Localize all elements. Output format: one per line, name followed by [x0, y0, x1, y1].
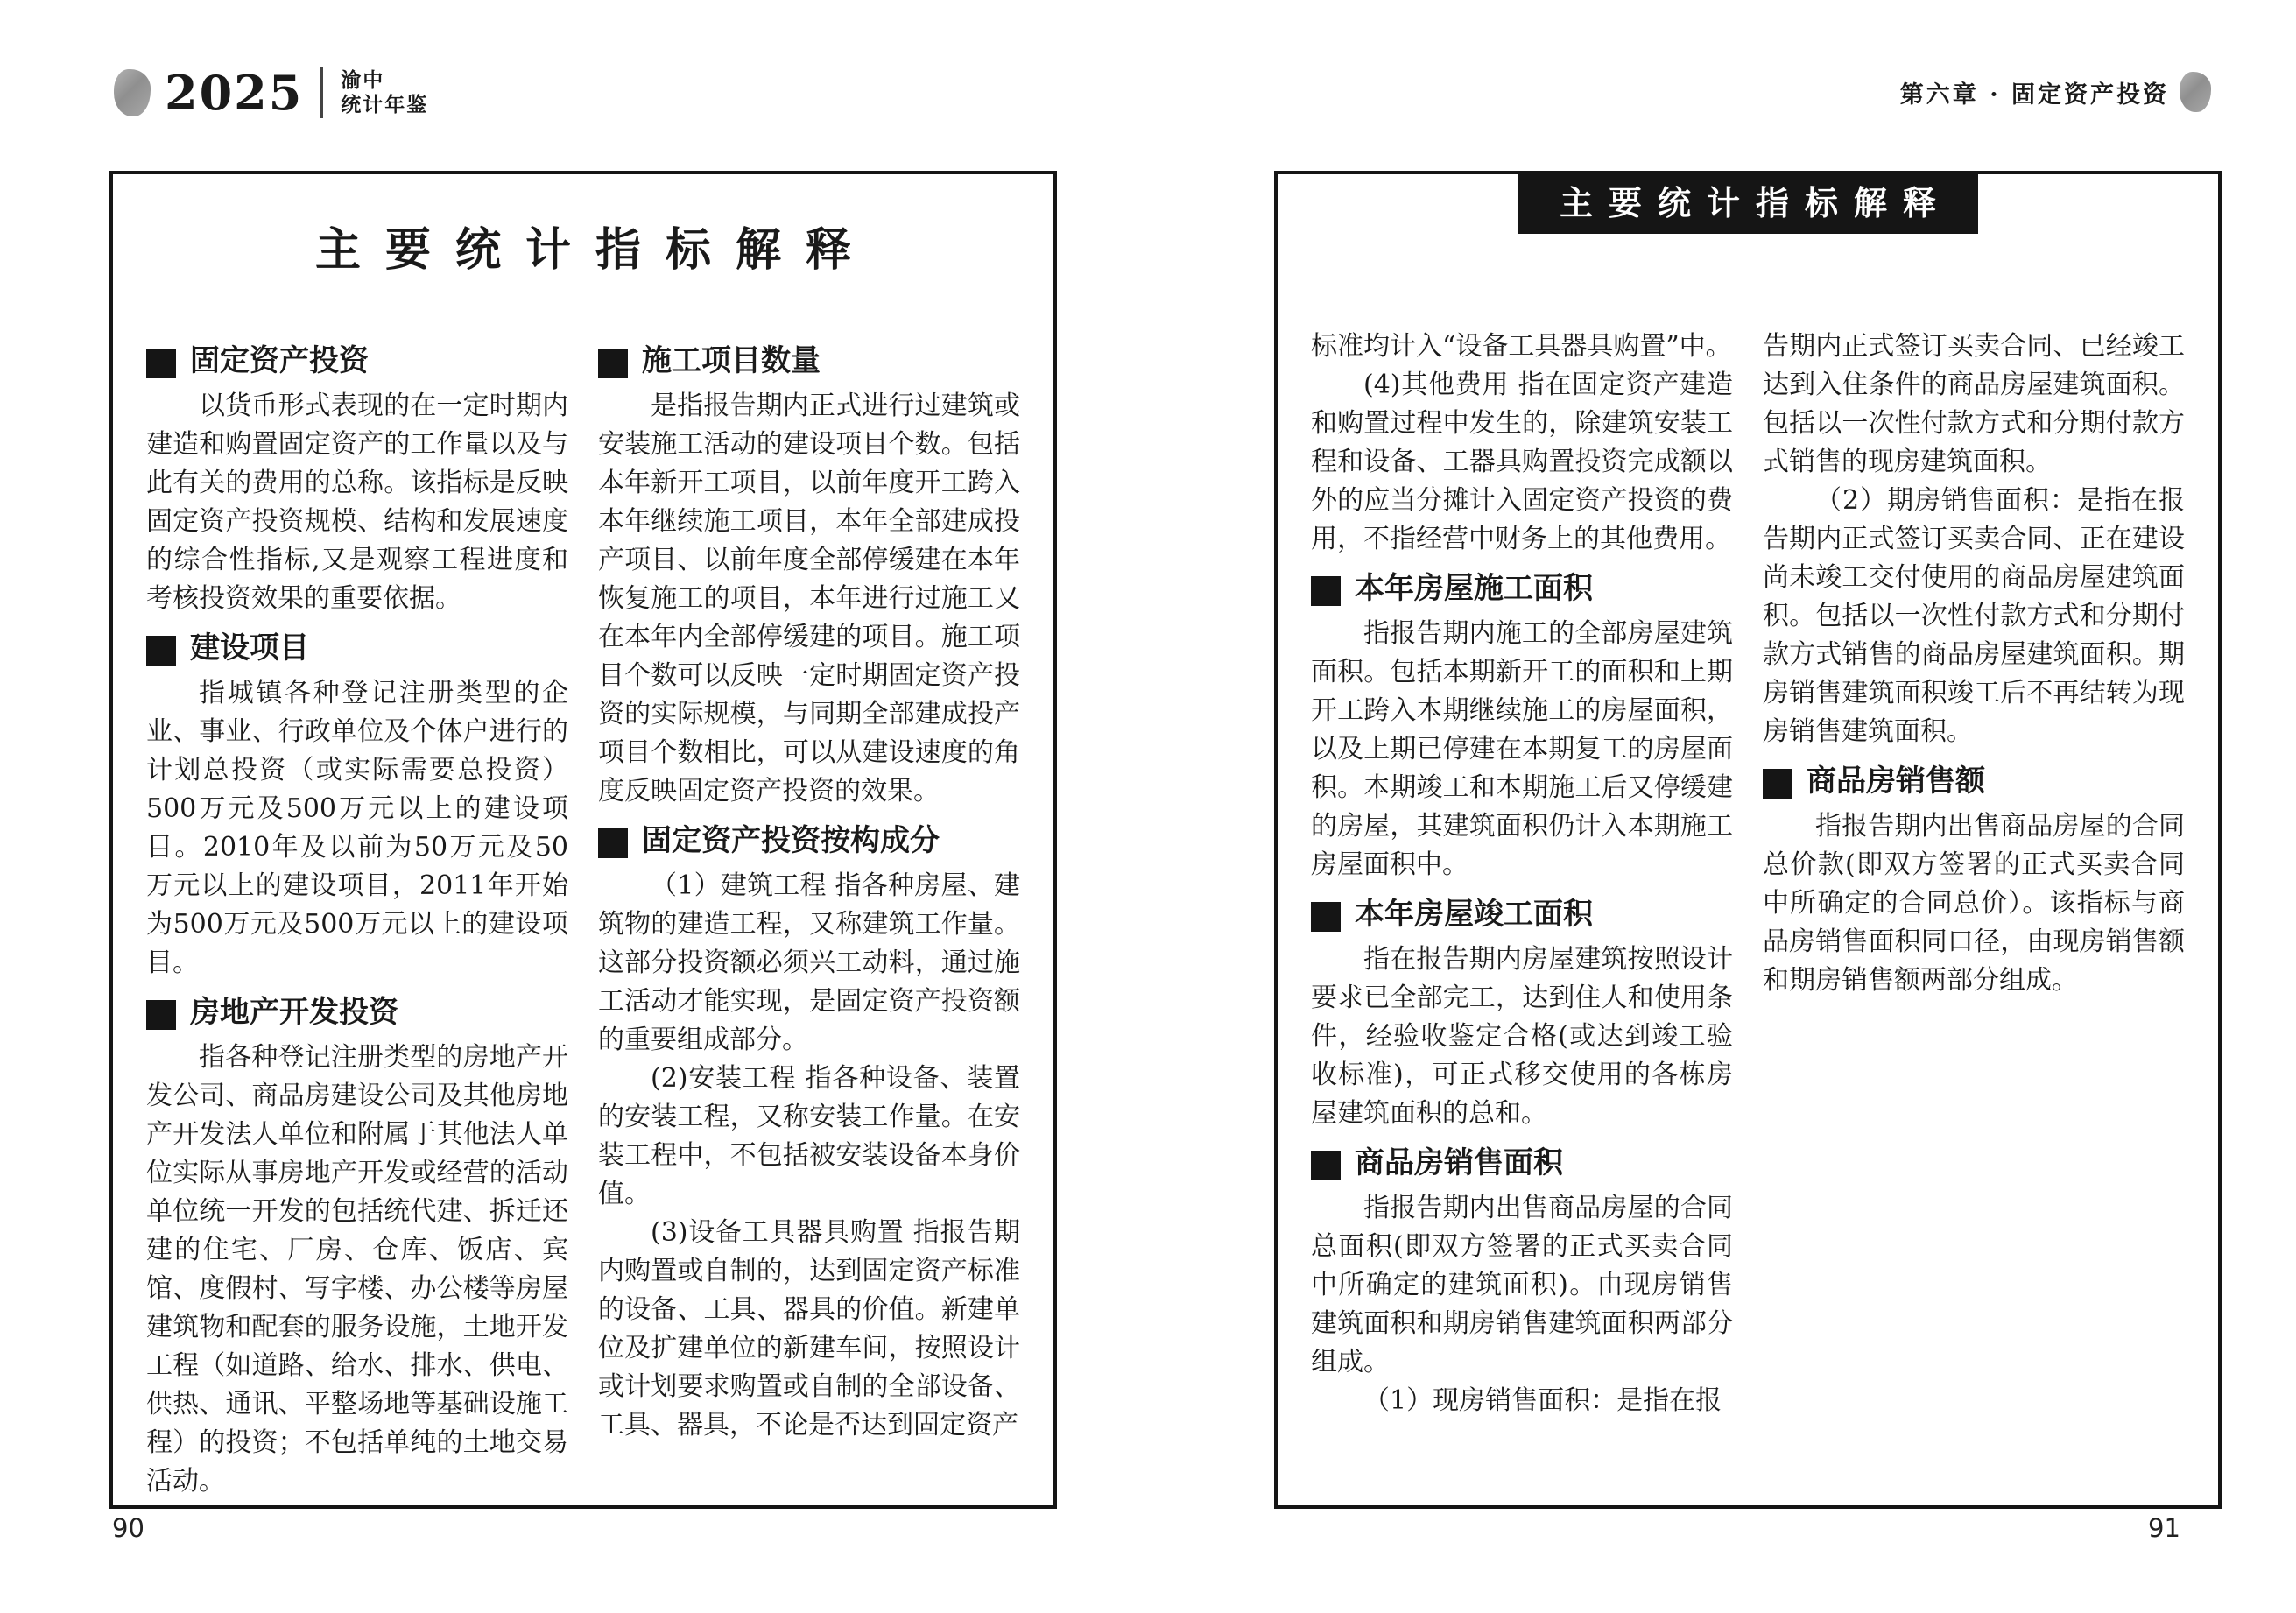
- section-heading: 施工项目数量: [598, 340, 1020, 382]
- seal-icon: [114, 69, 151, 116]
- chapter-title: 第六章 · 固定资产投资: [1900, 75, 2169, 109]
- section-heading-label: 建设项目: [190, 627, 309, 669]
- paragraph: （1）现房销售面积：是指在报: [1311, 1382, 1733, 1420]
- right-page-column-2: 告期内正式签订买卖合同、已经竣工达到入住条件的商品房屋建筑面积。包括以一次性付款…: [1763, 328, 2185, 1420]
- yearbook-title: 渝中 统计年鉴: [341, 68, 428, 117]
- right-page-columns: 标准均计入“设备工具器具购置”中。 (4)其他费用 指在固定资产建造和购置过程中…: [1278, 328, 2218, 1420]
- black-square-bullet: [146, 636, 176, 666]
- paragraph: （2）期房销售面积：是指在报告期内正式签订买卖合同、正在建设尚未竣工交付使用的商…: [1763, 482, 2185, 751]
- paragraph: （1）建筑工程 指各种房屋、建筑物的建造工程，又称建筑工作量。这部分投资额必须兴…: [598, 867, 1020, 1060]
- seal-icon: [2180, 72, 2211, 112]
- paragraph: 指各种登记注册类型的房地产开发公司、商品房建设公司及其他房地产开发法人单位和附属…: [146, 1039, 568, 1501]
- section-heading: 本年房屋施工面积: [1311, 567, 1733, 609]
- section-heading-label: 商品房销售面积: [1355, 1142, 1563, 1184]
- paragraph: 指报告期内出售商品房屋的合同总价款(即双方签署的正式买卖合同中所确定的合同总价）…: [1763, 807, 2185, 1000]
- section-heading-label: 房地产开发投资: [190, 991, 398, 1033]
- page-number-left: 90: [112, 1513, 144, 1543]
- left-page-column-2: 施工项目数量 是指报告期内正式进行过建筑或安装施工活动的建设项目个数。包括本年新…: [598, 331, 1020, 1501]
- black-square-bullet: [1311, 576, 1341, 606]
- section-heading: 商品房销售面积: [1311, 1142, 1733, 1184]
- yearbook-title-line1: 渝中: [341, 68, 428, 93]
- black-square-bullet: [1763, 769, 1792, 799]
- yearbook-title-line2: 统计年鉴: [341, 93, 428, 117]
- black-square-bullet: [146, 349, 176, 378]
- yearbook-year: 2025: [165, 65, 303, 121]
- section-heading: 建设项目: [146, 627, 568, 669]
- paragraph: (2)安装工程 指各种设备、装置的安装工程，又称安装工作量。在安装工程中，不包括…: [598, 1060, 1020, 1214]
- paragraph: 指报告期内施工的全部房屋建筑面积。包括本期新开工的面积和上期开工跨入本期继续施工…: [1311, 615, 1733, 884]
- yearbook-spread: { "header": { "year": "2025", "book_line…: [0, 0, 2296, 1613]
- section-heading: 商品房销售额: [1763, 760, 2185, 802]
- right-page-column-1: 标准均计入“设备工具器具购置”中。 (4)其他费用 指在固定资产建造和购置过程中…: [1311, 328, 1733, 1420]
- left-page-title: 主要统计指标解释: [113, 222, 1053, 278]
- section-heading-label: 施工项目数量: [642, 340, 821, 382]
- paragraph: 指在报告期内房屋建筑按照设计要求已全部完工，达到住人和使用条件，经验收鉴定合格(…: [1311, 940, 1733, 1133]
- black-square-bullet: [1311, 902, 1341, 932]
- page-91: 主要统计指标解释 标准均计入“设备工具器具购置”中。 (4)其他费用 指在固定资…: [1274, 171, 2222, 1509]
- right-page-title-box: 主要统计指标解释: [1518, 173, 1978, 234]
- section-heading-label: 本年房屋竣工面积: [1355, 893, 1593, 935]
- page-number-right: 91: [2148, 1513, 2180, 1543]
- section-heading-label: 固定资产投资: [190, 340, 369, 382]
- section-heading-label: 商品房销售额: [1807, 760, 1985, 802]
- header-right: 第六章 · 固定资产投资: [1900, 72, 2211, 112]
- section-heading-label: 固定资产投资按构成分: [642, 820, 940, 862]
- paragraph-continuation: 标准均计入“设备工具器具购置”中。: [1311, 328, 1733, 366]
- paragraph-continuation: 告期内正式签订买卖合同、已经竣工达到入住条件的商品房屋建筑面积。包括以一次性付款…: [1763, 328, 2185, 482]
- paragraph: 是指报告期内正式进行过建筑或安装施工活动的建设项目个数。包括本年新开工项目，以前…: [598, 387, 1020, 811]
- section-heading: 固定资产投资按构成分: [598, 820, 1020, 862]
- paragraph: (3)设备工具器具购置 指报告期内购置或自制的，达到固定资产标准的设备、工具、器…: [598, 1214, 1020, 1445]
- section-heading-label: 本年房屋施工面积: [1355, 567, 1593, 609]
- section-heading: 本年房屋竣工面积: [1311, 893, 1733, 935]
- left-page-column-1: 固定资产投资 以货币形式表现的在一定时期内建造和购置固定资产的工作量以及与此有关…: [146, 331, 568, 1501]
- black-square-bullet: [598, 828, 628, 858]
- black-square-bullet: [1311, 1151, 1341, 1180]
- section-heading: 固定资产投资: [146, 340, 568, 382]
- header-divider: [320, 67, 323, 118]
- black-square-bullet: [146, 1000, 176, 1030]
- paragraph: (4)其他费用 指在固定资产建造和购置过程中发生的，除建筑安装工程和设备、工器具…: [1311, 366, 1733, 559]
- left-page-columns: 固定资产投资 以货币形式表现的在一定时期内建造和购置固定资产的工作量以及与此有关…: [113, 331, 1053, 1501]
- page-90: 主要统计指标解释 固定资产投资 以货币形式表现的在一定时期内建造和购置固定资产的…: [109, 171, 1057, 1509]
- section-heading: 房地产开发投资: [146, 991, 568, 1033]
- paragraph: 指报告期内出售商品房屋的合同总面积(即双方签署的正式买卖合同中所确定的建筑面积)…: [1311, 1189, 1733, 1382]
- black-square-bullet: [598, 349, 628, 378]
- paragraph: 以货币形式表现的在一定时期内建造和购置固定资产的工作量以及与此有关的费用的总称。…: [146, 387, 568, 618]
- paragraph: 指城镇各种登记注册类型的企业、事业、行政单位及个体户进行的计划总投资（或实际需要…: [146, 674, 568, 983]
- header-left: 2025 渝中 统计年鉴: [114, 65, 428, 121]
